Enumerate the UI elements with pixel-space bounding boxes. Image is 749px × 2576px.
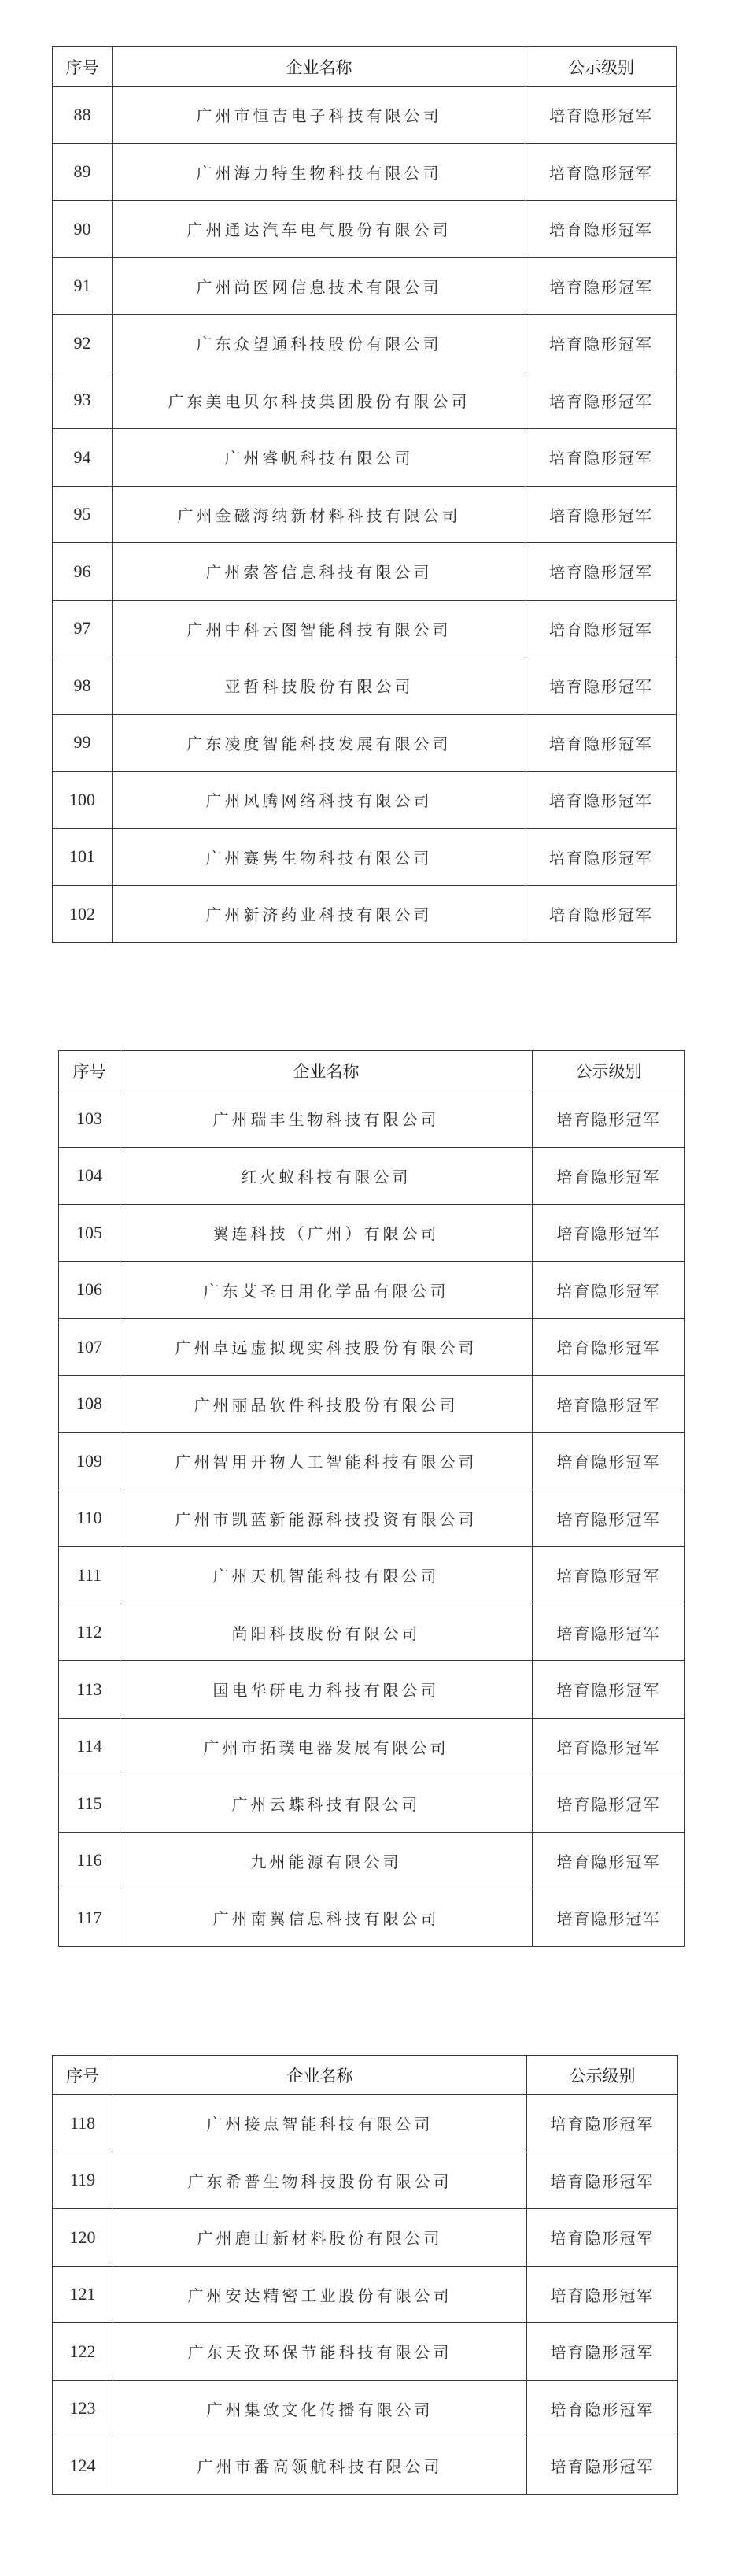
level-cell: 培育隐形冠军 (526, 429, 677, 487)
level-cell: 培育隐形冠军 (526, 714, 677, 772)
row-number-cell: 92 (53, 315, 113, 372)
header-no: 序号 (53, 2056, 113, 2095)
row-number-cell: 99 (53, 714, 113, 772)
company-name-cell: 亚哲科技股份有限公司 (113, 657, 526, 715)
row-number-cell: 124 (53, 2437, 113, 2495)
row-number-cell: 122 (53, 2323, 113, 2381)
table-header-row: 序号 企业名称 公示级别 (53, 2056, 678, 2095)
row-number-cell: 119 (53, 2152, 113, 2209)
company-name-cell: 广州风腾网络科技有限公司 (113, 772, 526, 829)
level-cell: 培育隐形冠军 (533, 1090, 685, 1148)
table-row: 108广州丽晶软件科技股份有限公司培育隐形冠军 (59, 1375, 685, 1433)
level-cell: 培育隐形冠军 (533, 1775, 685, 1833)
row-number-cell: 108 (59, 1375, 120, 1433)
level-cell: 培育隐形冠军 (527, 2209, 678, 2267)
table-row: 106广东艾圣日用化学品有限公司培育隐形冠军 (59, 1261, 685, 1319)
company-name-cell: 尚阳科技股份有限公司 (120, 1604, 533, 1661)
company-name-cell: 广州安达精密工业股份有限公司 (113, 2266, 527, 2323)
level-cell: 培育隐形冠军 (526, 772, 677, 829)
level-cell: 培育隐形冠军 (527, 2095, 678, 2152)
company-name-cell: 广东凌度智能科技发展有限公司 (113, 714, 526, 772)
table-row: 110广州市凯蓝新能源科技投资有限公司培育隐形冠军 (59, 1490, 685, 1547)
row-number-cell: 116 (59, 1832, 120, 1889)
level-cell: 培育隐形冠军 (526, 600, 677, 657)
company-name-cell: 广州鹿山新材料股份有限公司 (113, 2209, 527, 2267)
level-cell: 培育隐形冠军 (526, 315, 677, 372)
level-cell: 培育隐形冠军 (527, 2266, 678, 2323)
level-cell: 培育隐形冠军 (533, 1604, 685, 1661)
company-name-cell: 广州接点智能科技有限公司 (113, 2095, 527, 2152)
header-company-name: 企业名称 (120, 1051, 533, 1090)
row-number-cell: 109 (59, 1433, 120, 1490)
level-cell: 培育隐形冠军 (533, 1718, 685, 1775)
row-number-cell: 107 (59, 1319, 120, 1376)
table-row: 111广州天机智能科技有限公司培育隐形冠军 (59, 1547, 685, 1604)
table-row: 104红火蚁科技有限公司培育隐形冠军 (59, 1147, 685, 1205)
table-row: 123广州集致文化传播有限公司培育隐形冠军 (53, 2380, 678, 2437)
table-row: 118广州接点智能科技有限公司培育隐形冠军 (53, 2095, 678, 2152)
row-number-cell: 98 (53, 657, 113, 715)
company-name-cell: 广州市凯蓝新能源科技投资有限公司 (120, 1490, 533, 1547)
table-row: 99广东凌度智能科技发展有限公司培育隐形冠军 (53, 714, 677, 772)
level-cell: 培育隐形冠军 (527, 2152, 678, 2209)
row-number-cell: 114 (59, 1718, 120, 1775)
row-number-cell: 89 (53, 143, 113, 201)
table-row: 115广州云蝶科技有限公司培育隐形冠军 (59, 1775, 685, 1833)
table-row: 100广州风腾网络科技有限公司培育隐形冠军 (53, 772, 677, 829)
company-name-cell: 广州丽晶软件科技股份有限公司 (120, 1375, 533, 1433)
table-row: 93广东美电贝尔科技集团股份有限公司培育隐形冠军 (53, 372, 677, 429)
table-row: 116九州能源有限公司培育隐形冠军 (59, 1832, 685, 1889)
table-row: 88广州市恒吉电子科技有限公司培育隐形冠军 (53, 87, 677, 144)
level-cell: 培育隐形冠军 (527, 2437, 678, 2495)
company-name-cell: 广东艾圣日用化学品有限公司 (120, 1261, 533, 1319)
level-cell: 培育隐形冠军 (526, 486, 677, 543)
row-number-cell: 111 (59, 1547, 120, 1604)
company-name-cell: 广州市恒吉电子科技有限公司 (113, 87, 526, 144)
company-name-cell: 广州海力特生物科技有限公司 (113, 143, 526, 201)
company-name-cell: 广州睿帆科技有限公司 (113, 429, 526, 487)
company-name-cell: 广东众望通科技股份有限公司 (113, 315, 526, 372)
company-name-cell: 国电华研电力科技有限公司 (120, 1661, 533, 1719)
row-number-cell: 115 (59, 1775, 120, 1833)
company-name-cell: 广州中科云图智能科技有限公司 (113, 600, 526, 657)
level-cell: 培育隐形冠军 (526, 543, 677, 601)
row-number-cell: 91 (53, 257, 113, 315)
row-number-cell: 103 (59, 1090, 120, 1148)
company-name-cell: 广东天孜环保节能科技有限公司 (113, 2323, 527, 2381)
row-number-cell: 88 (53, 87, 113, 144)
company-name-cell: 广州市拓璞电器发展有限公司 (120, 1718, 533, 1775)
row-number-cell: 93 (53, 372, 113, 429)
level-cell: 培育隐形冠军 (533, 1319, 685, 1376)
header-level: 公示级别 (527, 2056, 678, 2095)
row-number-cell: 121 (53, 2266, 113, 2323)
row-number-cell: 110 (59, 1490, 120, 1547)
table-row: 105翼连科技（广州）有限公司培育隐形冠军 (59, 1205, 685, 1262)
company-table-2: 序号 企业名称 公示级别 103广州瑞丰生物科技有限公司培育隐形冠军104红火蚁… (58, 1050, 685, 1947)
row-number-cell: 94 (53, 429, 113, 487)
header-company-name: 企业名称 (113, 47, 526, 87)
table-row: 94广州睿帆科技有限公司培育隐形冠军 (53, 429, 677, 487)
company-name-cell: 广州智用开物人工智能科技有限公司 (120, 1433, 533, 1490)
level-cell: 培育隐形冠军 (527, 2323, 678, 2381)
table-row: 92广东众望通科技股份有限公司培育隐形冠军 (53, 315, 677, 372)
company-name-cell: 广州通达汽车电气股份有限公司 (113, 201, 526, 258)
row-number-cell: 97 (53, 600, 113, 657)
level-cell: 培育隐形冠军 (533, 1832, 685, 1889)
company-name-cell: 广州云蝶科技有限公司 (120, 1775, 533, 1833)
table-row: 112尚阳科技股份有限公司培育隐形冠军 (59, 1604, 685, 1661)
row-number-cell: 102 (53, 886, 113, 943)
header-level: 公示级别 (526, 47, 677, 87)
level-cell: 培育隐形冠军 (533, 1490, 685, 1547)
company-name-cell: 广州卓远虚拟现实科技股份有限公司 (120, 1319, 533, 1376)
row-number-cell: 106 (59, 1261, 120, 1319)
company-name-cell: 广州南翼信息科技有限公司 (120, 1889, 533, 1947)
table-row: 122广东天孜环保节能科技有限公司培育隐形冠军 (53, 2323, 678, 2381)
table-row: 97广州中科云图智能科技有限公司培育隐形冠军 (53, 600, 677, 657)
level-cell: 培育隐形冠军 (533, 1661, 685, 1719)
table-row: 113国电华研电力科技有限公司培育隐形冠军 (59, 1661, 685, 1719)
table-row: 109广州智用开物人工智能科技有限公司培育隐形冠军 (59, 1433, 685, 1490)
level-cell: 培育隐形冠军 (526, 657, 677, 715)
table-row: 107广州卓远虚拟现实科技股份有限公司培育隐形冠军 (59, 1319, 685, 1376)
level-cell: 培育隐形冠军 (533, 1261, 685, 1319)
level-cell: 培育隐形冠军 (526, 257, 677, 315)
company-name-cell: 广州新济药业科技有限公司 (113, 886, 526, 943)
row-number-cell: 101 (53, 828, 113, 886)
row-number-cell: 123 (53, 2380, 113, 2437)
table-header-row: 序号 企业名称 公示级别 (59, 1051, 685, 1090)
row-number-cell: 104 (59, 1147, 120, 1205)
row-number-cell: 95 (53, 486, 113, 543)
row-number-cell: 120 (53, 2209, 113, 2267)
company-table-3: 序号 企业名称 公示级别 118广州接点智能科技有限公司培育隐形冠军119广东希… (52, 2055, 678, 2495)
level-cell: 培育隐形冠军 (527, 2380, 678, 2437)
table-row: 114广州市拓璞电器发展有限公司培育隐形冠军 (59, 1718, 685, 1775)
row-number-cell: 113 (59, 1661, 120, 1719)
level-cell: 培育隐形冠军 (533, 1147, 685, 1205)
company-name-cell: 翼连科技（广州）有限公司 (120, 1205, 533, 1262)
level-cell: 培育隐形冠军 (526, 372, 677, 429)
table-header-row: 序号 企业名称 公示级别 (53, 47, 677, 87)
level-cell: 培育隐形冠军 (533, 1375, 685, 1433)
company-name-cell: 广州金磁海纳新材料科技有限公司 (113, 486, 526, 543)
table-row: 119广东希普生物科技股份有限公司培育隐形冠军 (53, 2152, 678, 2209)
table-row: 120广州鹿山新材料股份有限公司培育隐形冠军 (53, 2209, 678, 2267)
table-row: 103广州瑞丰生物科技有限公司培育隐形冠军 (59, 1090, 685, 1148)
company-name-cell: 广州天机智能科技有限公司 (120, 1547, 533, 1604)
company-name-cell: 九州能源有限公司 (120, 1832, 533, 1889)
company-name-cell: 广州市番高领航科技有限公司 (113, 2437, 527, 2495)
company-name-cell: 广州集致文化传播有限公司 (113, 2380, 527, 2437)
company-name-cell: 广州赛隽生物科技有限公司 (113, 828, 526, 886)
table-row: 101广州赛隽生物科技有限公司培育隐形冠军 (53, 828, 677, 886)
company-name-cell: 红火蚁科技有限公司 (120, 1147, 533, 1205)
level-cell: 培育隐形冠军 (526, 201, 677, 258)
header-level: 公示级别 (533, 1051, 685, 1090)
level-cell: 培育隐形冠军 (533, 1433, 685, 1490)
row-number-cell: 100 (53, 772, 113, 829)
header-no: 序号 (53, 47, 113, 87)
table-row: 95广州金磁海纳新材料科技有限公司培育隐形冠军 (53, 486, 677, 543)
row-number-cell: 96 (53, 543, 113, 601)
row-number-cell: 105 (59, 1205, 120, 1262)
table-row: 102广州新济药业科技有限公司培育隐形冠军 (53, 886, 677, 943)
level-cell: 培育隐形冠军 (526, 886, 677, 943)
row-number-cell: 90 (53, 201, 113, 258)
company-name-cell: 广东希普生物科技股份有限公司 (113, 2152, 527, 2209)
table-row: 117广州南翼信息科技有限公司培育隐形冠军 (59, 1889, 685, 1947)
company-name-cell: 广州索答信息科技有限公司 (113, 543, 526, 601)
level-cell: 培育隐形冠军 (526, 828, 677, 886)
row-number-cell: 118 (53, 2095, 113, 2152)
company-name-cell: 广州瑞丰生物科技有限公司 (120, 1090, 533, 1148)
table-row: 90广州通达汽车电气股份有限公司培育隐形冠军 (53, 201, 677, 258)
header-no: 序号 (59, 1051, 120, 1090)
company-name-cell: 广东美电贝尔科技集团股份有限公司 (113, 372, 526, 429)
level-cell: 培育隐形冠军 (533, 1889, 685, 1947)
level-cell: 培育隐形冠军 (526, 87, 677, 144)
table-row: 89广州海力特生物科技有限公司培育隐形冠军 (53, 143, 677, 201)
level-cell: 培育隐形冠军 (533, 1547, 685, 1604)
level-cell: 培育隐形冠军 (533, 1205, 685, 1262)
company-name-cell: 广州尚医网信息技术有限公司 (113, 257, 526, 315)
table-row: 121广州安达精密工业股份有限公司培育隐形冠军 (53, 2266, 678, 2323)
row-number-cell: 117 (59, 1889, 120, 1947)
row-number-cell: 112 (59, 1604, 120, 1661)
company-table-1: 序号 企业名称 公示级别 88广州市恒吉电子科技有限公司培育隐形冠军89广州海力… (52, 46, 677, 943)
level-cell: 培育隐形冠军 (526, 143, 677, 201)
table-row: 91广州尚医网信息技术有限公司培育隐形冠军 (53, 257, 677, 315)
table-row: 124广州市番高领航科技有限公司培育隐形冠军 (53, 2437, 678, 2495)
header-company-name: 企业名称 (113, 2056, 527, 2095)
table-row: 98亚哲科技股份有限公司培育隐形冠军 (53, 657, 677, 715)
table-row: 96广州索答信息科技有限公司培育隐形冠军 (53, 543, 677, 601)
